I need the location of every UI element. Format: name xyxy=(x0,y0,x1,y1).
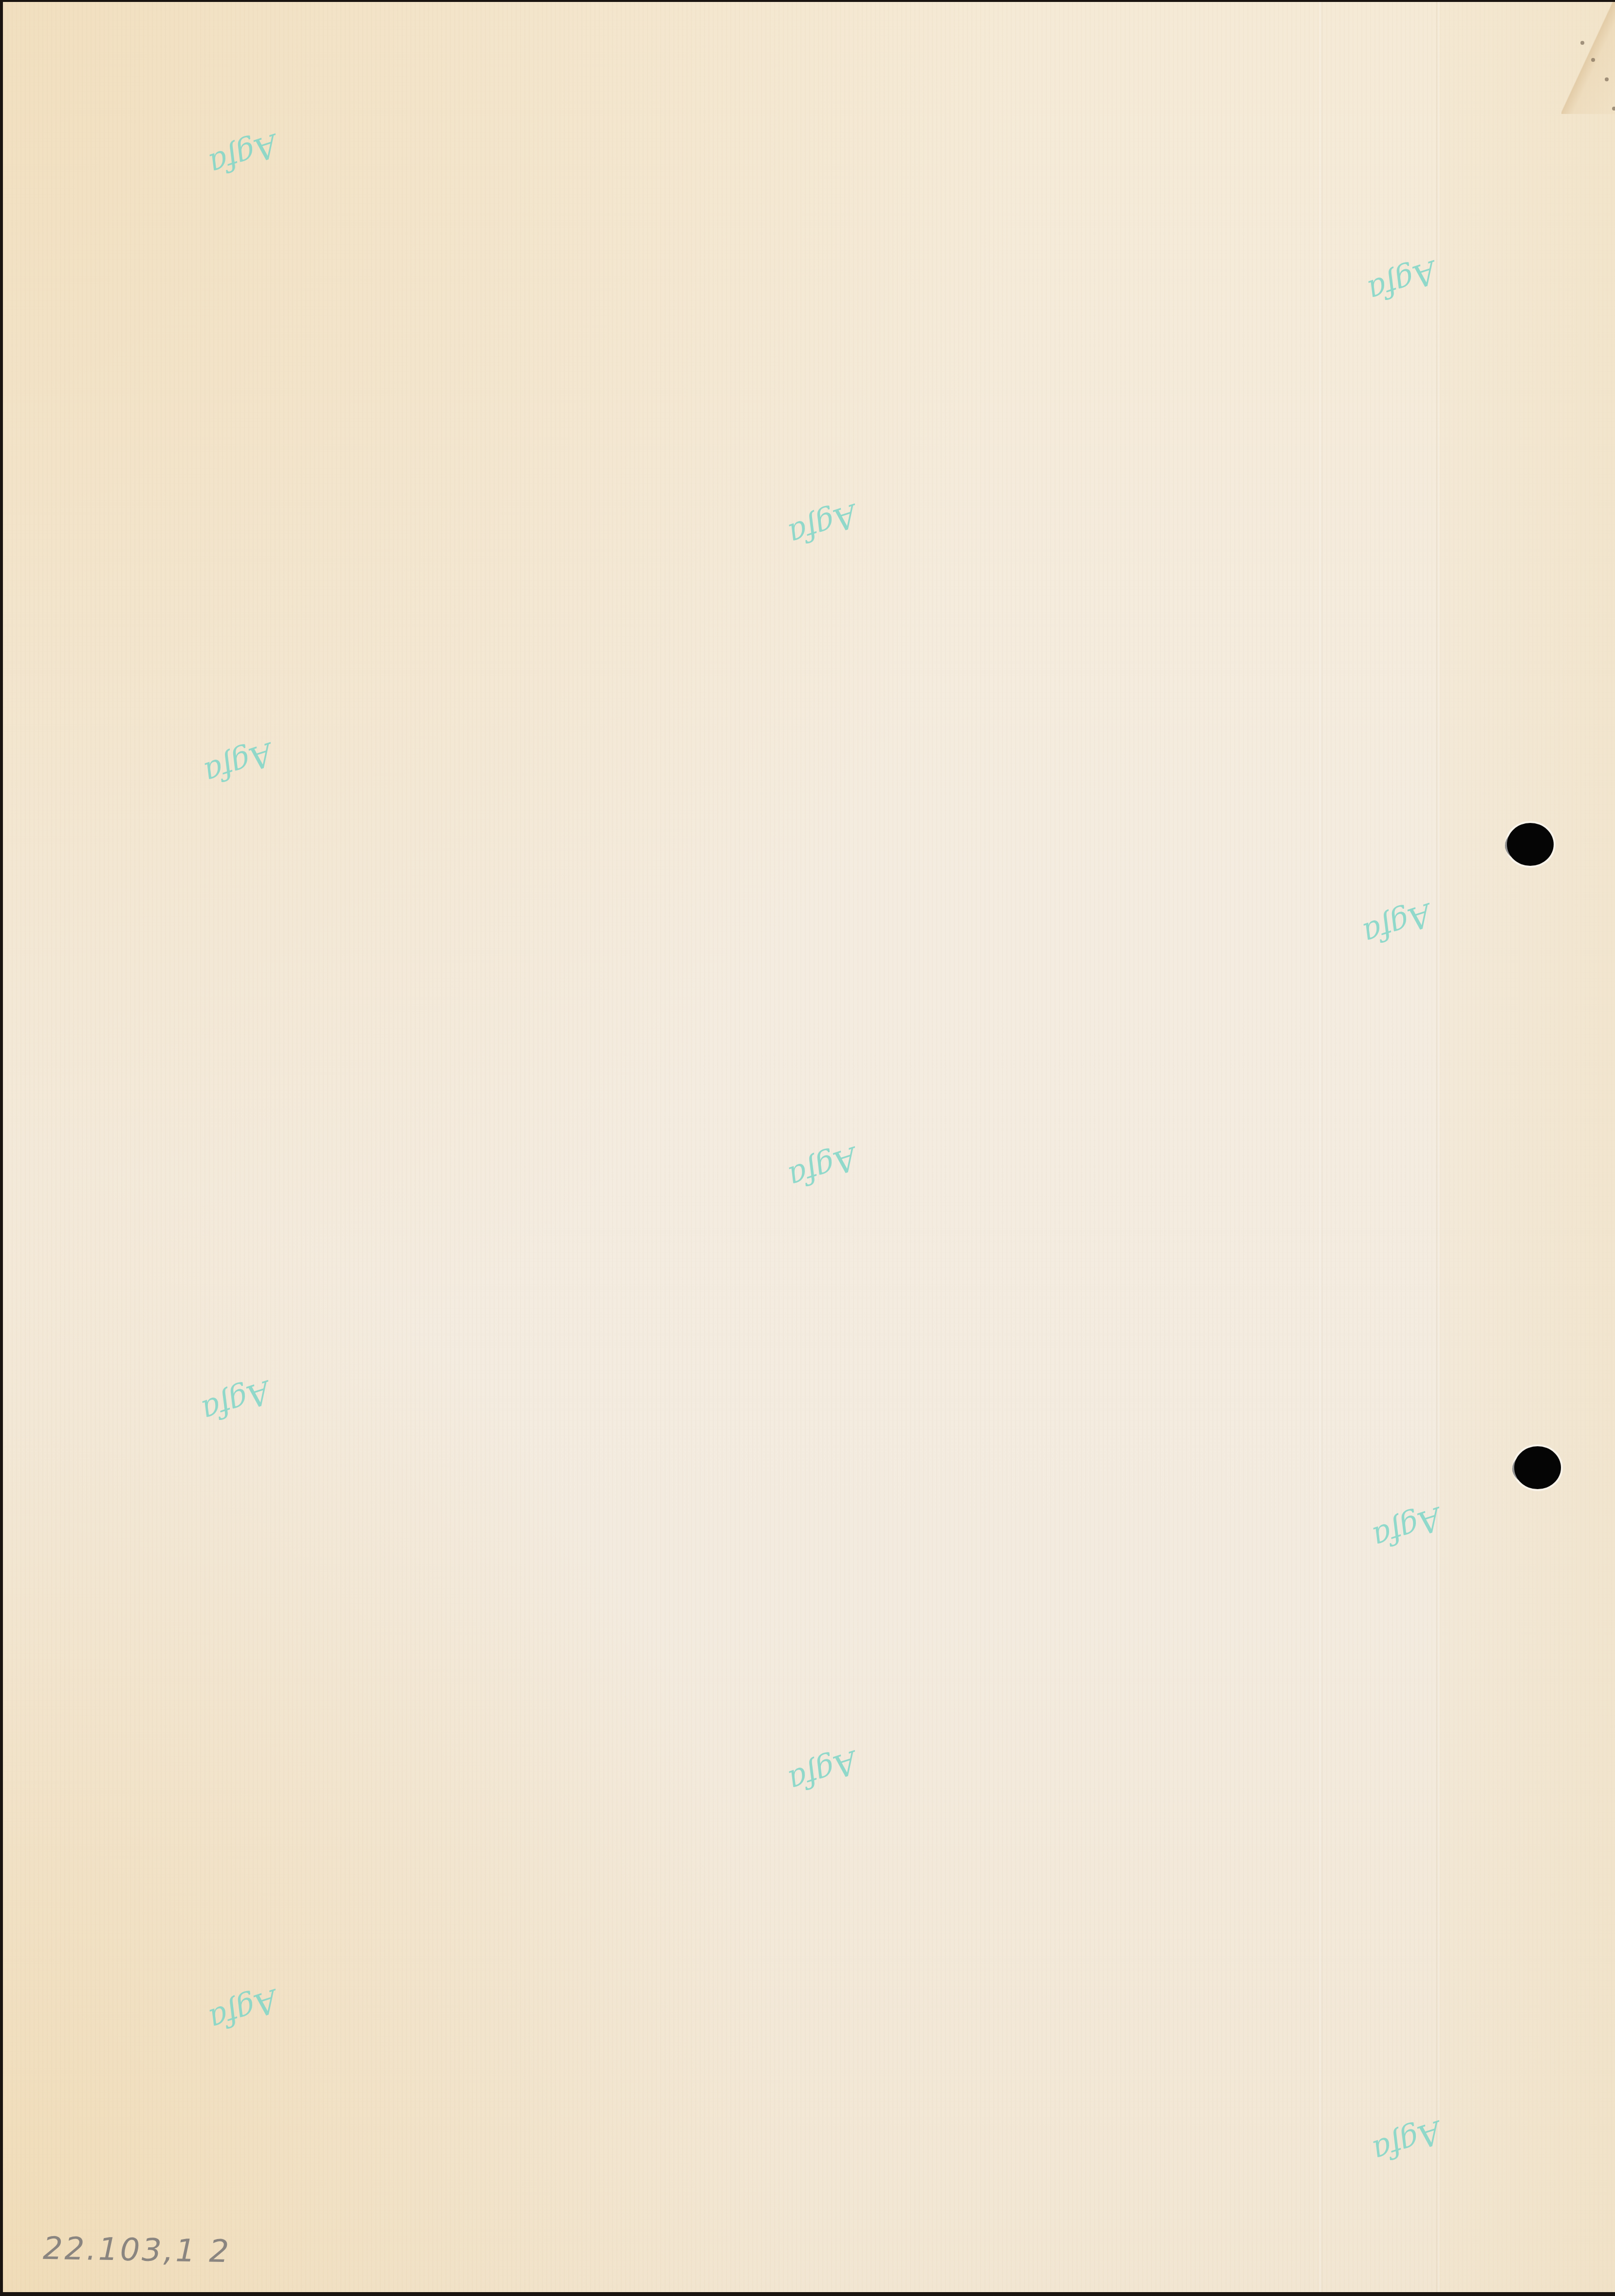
agfa-watermark: Agfa xyxy=(201,735,277,791)
agfa-watermark: Agfa xyxy=(785,497,861,552)
agfa-watermark: Agfa xyxy=(1364,253,1441,309)
debris-speck xyxy=(1605,77,1609,81)
paper-sheet: AgfaAgfaAgfaAgfaAgfaAgfaAgfaAgfaAgfaAgfa… xyxy=(3,2,1615,2292)
punch-hole xyxy=(1507,823,1554,866)
agfa-watermark: Agfa xyxy=(198,1373,275,1429)
agfa-watermark: Agfa xyxy=(205,1982,282,2037)
agfa-watermark: Agfa xyxy=(785,1139,861,1195)
fold-line xyxy=(1319,2,1322,2292)
agfa-watermark: Agfa xyxy=(205,127,282,182)
fold-line xyxy=(1436,2,1439,2292)
debris-speck xyxy=(1591,58,1595,62)
punch-hole xyxy=(1514,1446,1561,1489)
agfa-watermark: Agfa xyxy=(1369,1500,1446,1555)
agfa-watermark: Agfa xyxy=(785,1743,861,1799)
agfa-watermark: Agfa xyxy=(1369,2113,1446,2169)
handwritten-reference-number: 22.103,1 2 xyxy=(42,2231,231,2270)
binding-margin xyxy=(1439,2,1615,2292)
debris-speck xyxy=(1580,41,1584,45)
torn-corner xyxy=(1561,2,1615,114)
agfa-watermark: Agfa xyxy=(1359,896,1436,952)
debris-speck xyxy=(1612,107,1615,111)
